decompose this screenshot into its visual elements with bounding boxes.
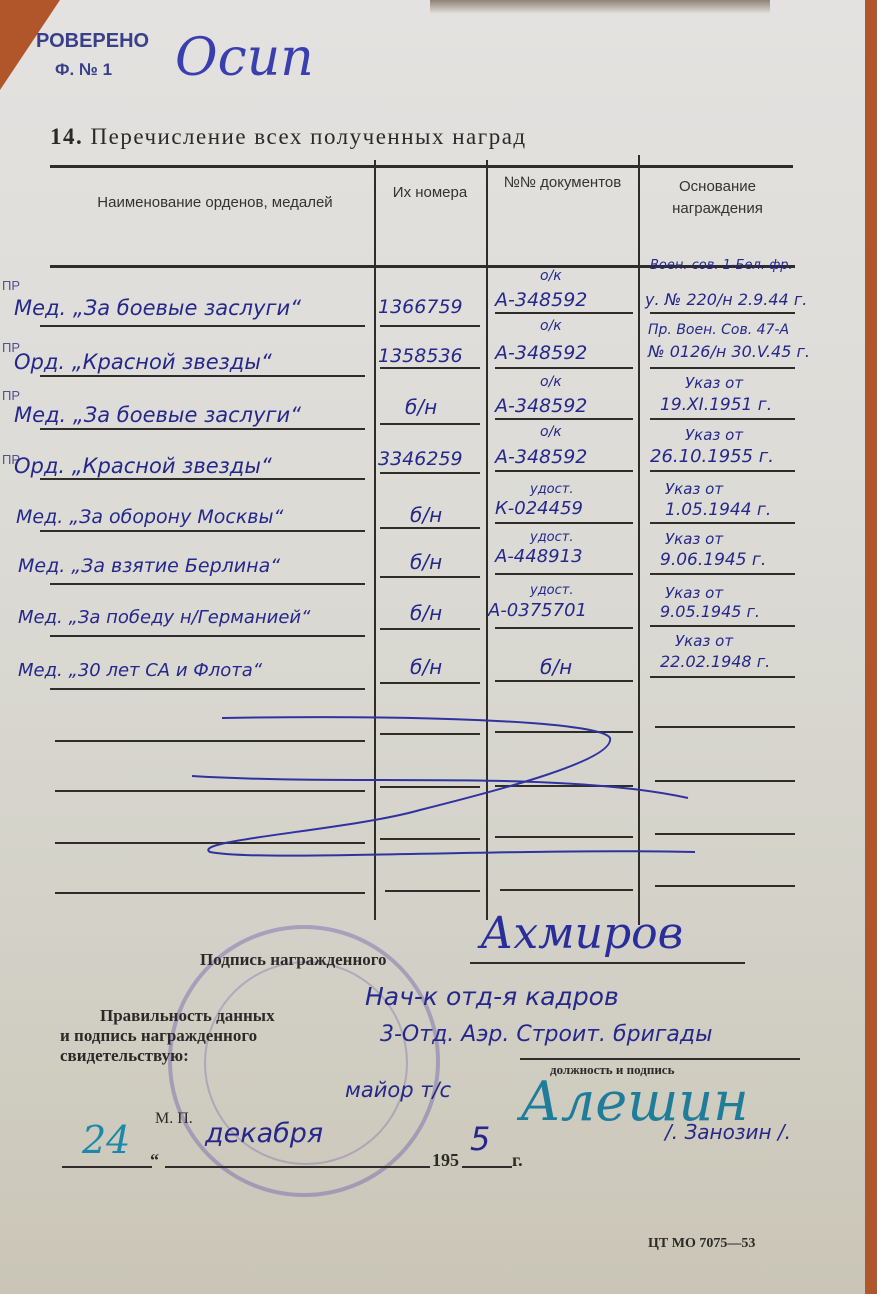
certify-label-line2: и подпись награжденного	[60, 1026, 257, 1046]
form-code: ЦТ МО 7075—53	[648, 1236, 755, 1252]
awardee-signature-label: Подпись награжденного	[200, 950, 387, 970]
date-day: 24	[82, 1118, 130, 1162]
date-month: декабря	[205, 1118, 323, 1149]
official-position-line1: Нач-к отд-я кадров	[365, 982, 619, 1011]
certify-label-line1: Правильность данных	[100, 1006, 275, 1026]
official-name: /. Занозин /.	[665, 1120, 791, 1144]
official-rank: майор т/с	[345, 1078, 451, 1102]
seal-placement-label: М. П.	[155, 1110, 193, 1128]
official-position-line2: 3-Отд. Аэр. Строит. бригады	[380, 1022, 713, 1047]
date-month-line	[165, 1166, 430, 1168]
date-day-line	[62, 1166, 152, 1168]
position-signature-line	[520, 1058, 800, 1060]
date-year-line	[462, 1166, 512, 1168]
certify-label-line3: свидетельствую:	[60, 1046, 189, 1066]
awardee-signature: Ахмиров	[480, 908, 683, 959]
date-year-end: г.	[512, 1150, 523, 1171]
date-year-prefix: 195	[432, 1150, 459, 1171]
awardee-signature-line	[470, 962, 745, 964]
date-year-suffix: 5	[470, 1120, 490, 1158]
